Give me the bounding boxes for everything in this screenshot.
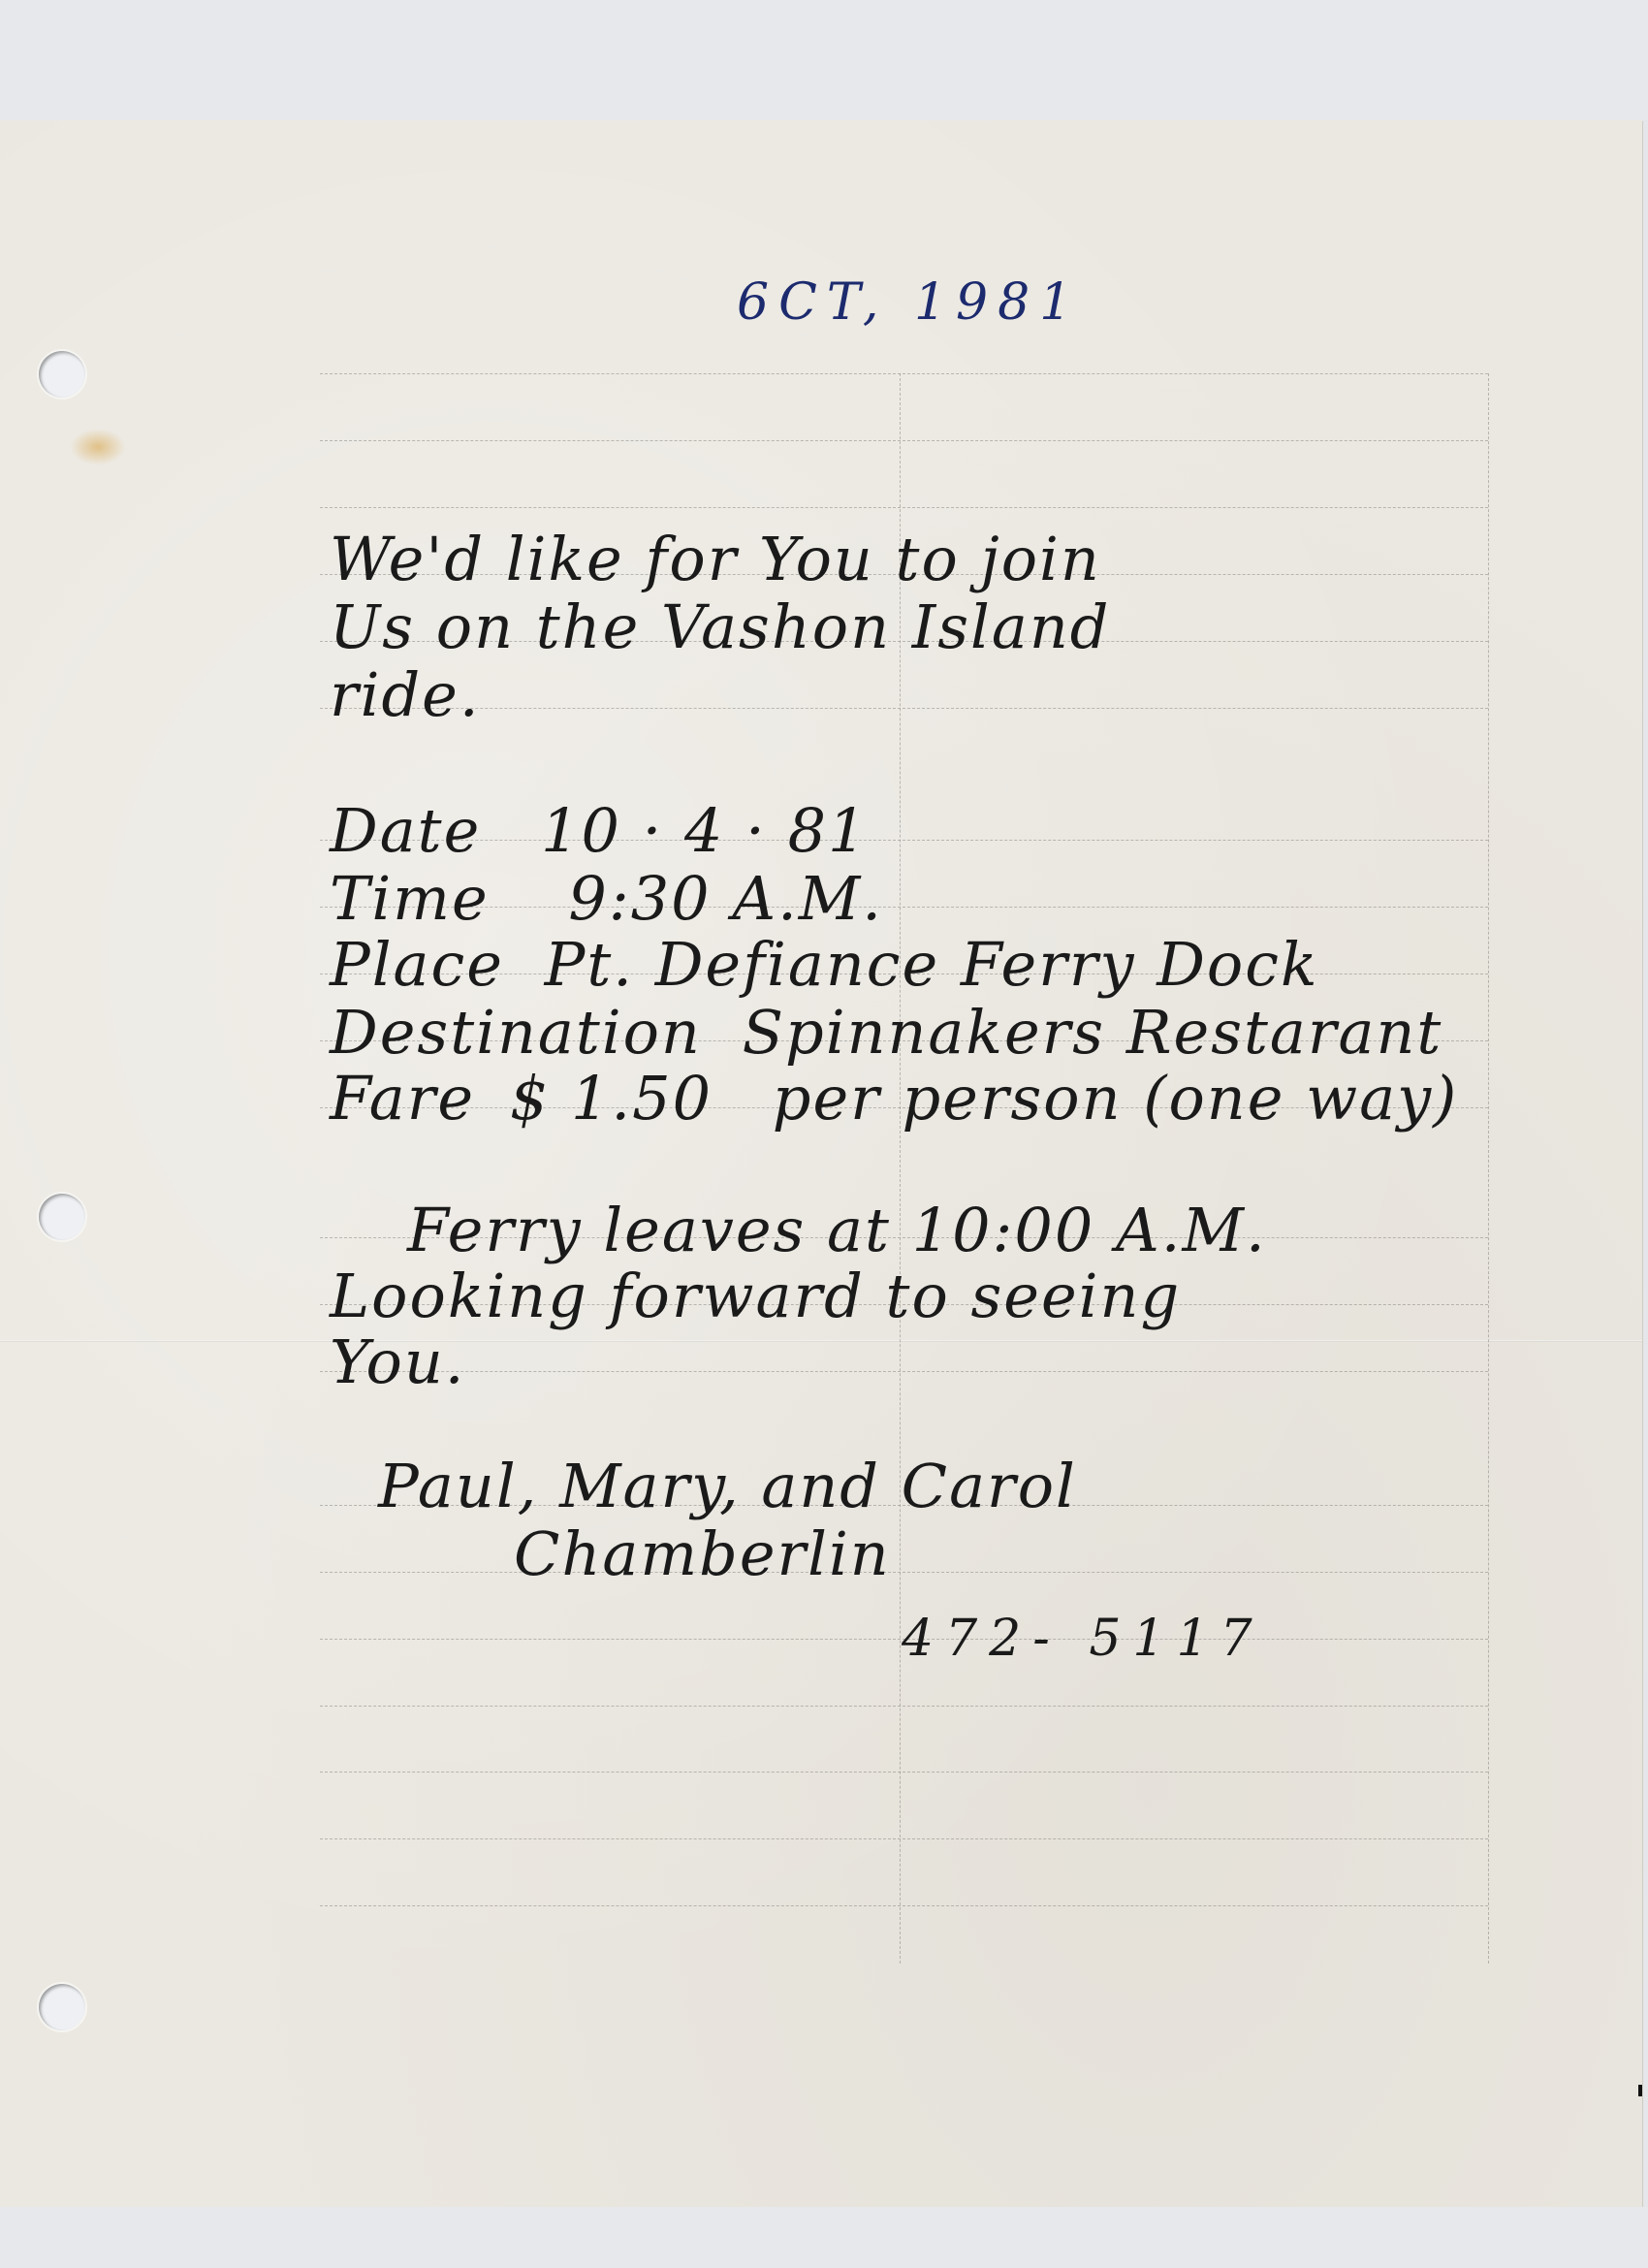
time-value: 9:30 A.M. <box>568 863 883 934</box>
destination-value: Spinnakers Restarant <box>743 997 1443 1068</box>
paper-fold-crease <box>0 1340 1642 1342</box>
place-row: Place Pt. Defiance Ferry Dock <box>330 929 1319 1000</box>
ruled-line <box>320 708 1488 709</box>
punch-hole-top <box>39 351 85 398</box>
date-value: 10 · 4 · 81 <box>541 795 868 866</box>
ruled-line <box>320 1572 1488 1573</box>
ruled-right-margin <box>1488 373 1489 1964</box>
scan-artifact-mark <box>1638 2085 1642 2096</box>
ruled-line <box>320 1905 1488 1906</box>
header-date: 6CT, 1981 <box>737 273 1081 332</box>
scanner-background-bottom <box>0 2207 1648 2268</box>
date-label: Date <box>330 795 481 866</box>
time-row: Time 9:30 A.M. <box>330 863 883 934</box>
ruled-line <box>320 1772 1488 1773</box>
rust-stain <box>70 429 126 465</box>
invitation-line-1: We'd like for You to join <box>330 524 1101 594</box>
time-label: Time <box>330 863 490 934</box>
place-value: Pt. Defiance Ferry Dock <box>545 929 1319 1000</box>
paper-sheet <box>0 120 1642 2207</box>
ruled-line <box>320 1706 1488 1707</box>
looking-forward-line-2: You. <box>330 1326 466 1397</box>
ruled-line <box>320 373 1488 374</box>
ruled-line <box>320 507 1488 508</box>
fare-note: per person (one way) <box>773 1063 1459 1134</box>
signature-names: Paul, Mary, and Carol <box>378 1451 1077 1521</box>
ruled-line <box>320 440 1488 441</box>
date-row: Date 10 · 4 · 81 <box>330 795 868 866</box>
invitation-line-2: Us on the Vashon Island <box>330 591 1110 662</box>
scanner-background-top <box>0 0 1648 120</box>
fare-label: Fare <box>330 1063 475 1134</box>
destination-row: Destination Spinnakers Restarant <box>330 997 1442 1068</box>
punch-hole-bottom <box>39 1984 85 2030</box>
ruled-line <box>320 1838 1488 1839</box>
destination-label: Destination <box>330 997 702 1068</box>
punch-hole-middle <box>39 1194 85 1240</box>
fare-row: Fare $ 1.50 per person (one way) <box>330 1063 1458 1134</box>
phone-number: 472- 5117 <box>902 1610 1264 1668</box>
ferry-departure-line: Ferry leaves at 10:00 A.M. <box>407 1195 1267 1265</box>
signature-surname: Chamberlin <box>514 1518 891 1589</box>
ruled-line <box>320 1371 1488 1372</box>
looking-forward-line-1: Looking forward to seeing <box>330 1261 1181 1331</box>
place-label: Place <box>330 929 504 1000</box>
fare-value: $ 1.50 <box>510 1063 713 1134</box>
invitation-line-3: ride. <box>330 659 481 730</box>
